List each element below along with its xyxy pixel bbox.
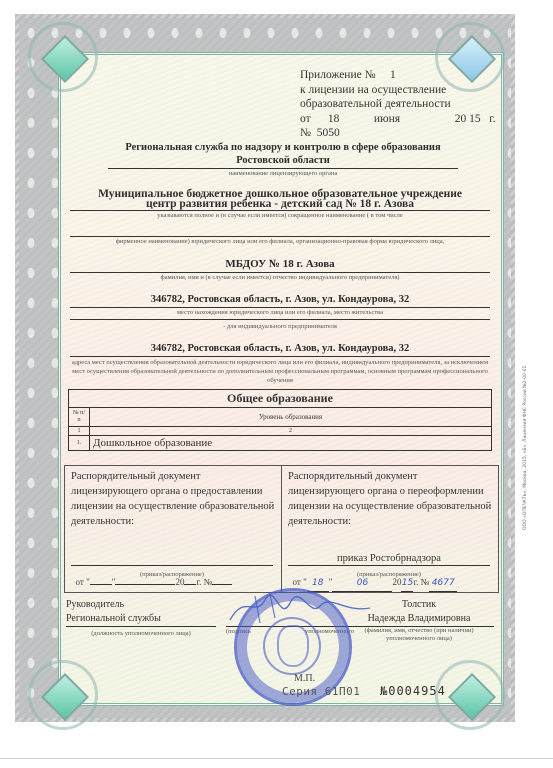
column-index: 2 xyxy=(90,427,492,436)
legal-address: 346782, Ростовская область, г. Азов, ул.… xyxy=(70,294,490,305)
licensee-short-name: МБДОУ № 18 г. Азова xyxy=(70,258,490,270)
date-year: 15 xyxy=(401,576,413,592)
corner-ornament-icon xyxy=(28,660,98,730)
year-prefix: 20 xyxy=(392,577,401,587)
activity-address: 346782, Ростовская область, г. Азов, ул.… xyxy=(70,343,490,354)
license-number-label: № xyxy=(300,127,311,139)
document-type-value xyxy=(71,551,273,566)
licensee-name-line: центр развития ребенка - детский сад № 1… xyxy=(70,199,490,209)
year-prefix: 20 xyxy=(175,577,184,587)
appendix-month: июня xyxy=(374,113,400,125)
scan-edge xyxy=(0,758,553,759)
divider xyxy=(70,272,490,273)
legal-address-caption: место нахождения юридического лица или е… xyxy=(70,309,490,316)
date-year xyxy=(184,584,196,585)
row-number: 1. xyxy=(69,436,90,451)
education-level: Дошкольное образование xyxy=(90,436,492,451)
year-suffix: г. xyxy=(489,113,495,125)
divider xyxy=(70,356,490,357)
licensee-full-name: Муниципальное бюджетное дошкольное образ… xyxy=(70,189,490,209)
appendix-header: Приложение № 1 к лицензии на осуществлен… xyxy=(300,68,496,141)
education-table: Общее образование № п/п Уровень образова… xyxy=(68,389,492,451)
column-header: Уровень образования xyxy=(90,408,492,427)
divider xyxy=(70,319,490,320)
corner-ornament-icon xyxy=(28,22,98,92)
document-number xyxy=(212,584,232,585)
series-label: Серия xyxy=(282,685,318,698)
form-series: Серия 61П01 xyxy=(282,685,360,698)
licensing-body-name: Региональная служба по надзору и контрол… xyxy=(108,141,458,167)
position-caption: (должность уполномоченного лица) xyxy=(66,627,216,641)
document-description: Распорядительный документ лицензирующего… xyxy=(71,469,275,529)
column-index: 1 xyxy=(69,427,90,436)
grant-document: Распорядительный документ лицензирующего… xyxy=(65,466,281,592)
number-label: г. № xyxy=(413,577,429,587)
signer-position: Региональной службы xyxy=(66,612,216,627)
short-name-caption: фамилия, имя и (в случае если имеется) о… xyxy=(70,274,490,281)
appendix-label: Приложение № xyxy=(300,69,376,81)
document-number: 4677 xyxy=(429,576,457,592)
licensee-caption: фирменное наименование) юридического лиц… xyxy=(70,238,490,245)
licensing-body-caption: наименование лицензирующего органа xyxy=(108,170,458,177)
appendix-line: к лицензии на осуществление xyxy=(300,83,496,98)
form-number: №0004954 xyxy=(380,684,446,698)
emblem-icon xyxy=(277,625,309,667)
series-value: 61П01 xyxy=(325,685,361,698)
legal-address-caption: - для индивидуального предпринимателя xyxy=(70,323,490,330)
licensing-body-line: Ростовской области xyxy=(108,154,458,167)
divider xyxy=(108,168,458,169)
signer-position: Руководитель xyxy=(66,598,216,612)
date-month xyxy=(115,584,175,585)
licensee-caption: указываются полное и (в случае если имее… xyxy=(70,212,490,219)
column-header: № п/п xyxy=(69,408,90,427)
divider xyxy=(70,236,490,237)
licensing-body-line: Региональная служба по надзору и контрол… xyxy=(108,141,458,154)
divider xyxy=(70,210,490,211)
date-from-label: от xyxy=(293,577,301,587)
date-from-label: от xyxy=(76,577,84,587)
appendix-year: 20 15 xyxy=(455,113,481,125)
number-value: 0004954 xyxy=(388,684,446,698)
document-type-value: приказ Ростобрнадзора xyxy=(288,551,490,566)
printer-imprint: ООО «ОПЕЧАТЬ», Москва, 2015, «Б», Лиценз… xyxy=(523,366,528,530)
date-day xyxy=(90,584,112,585)
divider xyxy=(70,307,490,308)
document-description: Распорядительный документ лицензирующего… xyxy=(288,469,492,529)
appendix-line: образовательной деятельности xyxy=(300,97,496,112)
activity-address-caption: адреса мест осуществления образовательно… xyxy=(66,358,494,385)
administrative-documents: Распорядительный документ лицензирующего… xyxy=(64,465,499,593)
number-label: г. № xyxy=(196,577,212,587)
appendix-number: 1 xyxy=(390,69,396,81)
license-number: 5050 xyxy=(317,127,340,139)
appendix-day: 18 xyxy=(328,113,340,125)
table-row: 1. Дошкольное образование xyxy=(69,436,492,451)
seal-label: М.П. xyxy=(294,673,315,684)
date-from-label: от xyxy=(300,113,311,125)
name-caption: (фамилия, имя, отчество (при наличии) уп… xyxy=(344,627,494,643)
number-label: № xyxy=(380,684,388,698)
reissue-document: Распорядительный документ лицензирующего… xyxy=(281,466,498,592)
handwritten-signature-icon xyxy=(225,588,375,628)
table-title: Общее образование xyxy=(69,390,492,408)
